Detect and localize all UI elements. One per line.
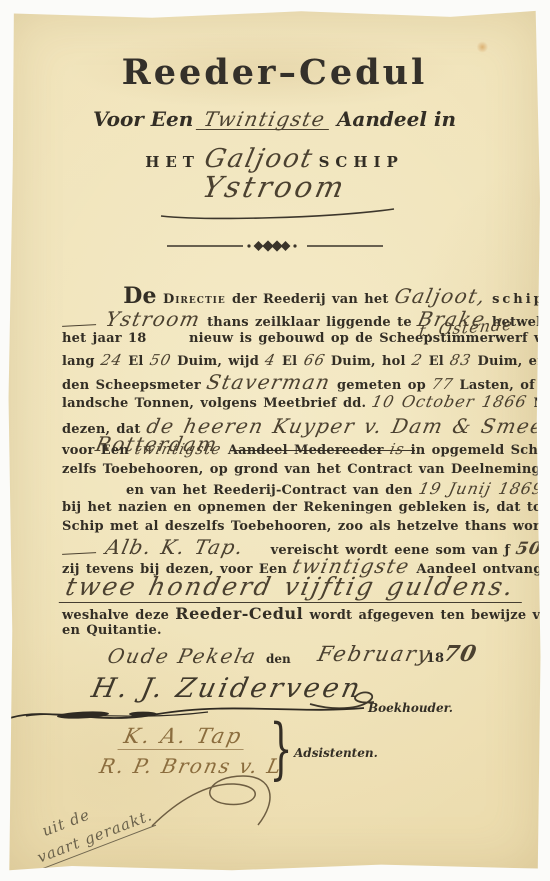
- handwritten-measure: 2: [410, 353, 424, 368]
- handwritten-ship-name: Ystroom: [104, 309, 203, 329]
- body-line-11: en van het Reederij-Contract van den 19 …: [126, 481, 550, 498]
- ship-line-schip: SCHIP: [319, 153, 404, 171]
- body-line-5: den Scheepsmeter Staverman gemeten op 77…: [62, 372, 496, 393]
- body-line-14: Alb. K. Tap. vereischt wordt eene som va…: [62, 537, 496, 558]
- body-text: voor Een: [62, 443, 129, 458]
- body-text: schip: [492, 292, 546, 307]
- body-line-4: lang 24 El 50 Duim, wijd 4 El 66 Duim, h…: [62, 353, 496, 369]
- handwritten-lasts: 77: [431, 377, 455, 392]
- body-line-10: zelfs Toebehooren, op grond van het Cont…: [62, 462, 496, 477]
- body-text: zelfs Toebehooren, op grond van het Cont…: [62, 462, 550, 477]
- document-title: Reeder–Cedul: [8, 52, 541, 93]
- body-text: El: [282, 354, 297, 369]
- pen-loops-flourish: [138, 770, 288, 830]
- handwritten-sum: 5000: [515, 541, 550, 558]
- body-text: het jaar 18: [62, 331, 146, 346]
- handwritten-contract-date: 19 Junij 1869: [417, 481, 545, 497]
- body-text: bij het nazien en opnemen der Rekeningen…: [62, 500, 550, 515]
- assistants-label: Adsistenten.: [294, 742, 378, 761]
- handwritten-ship-type: Galjoot,: [393, 286, 488, 306]
- body-text: thans zeilklaar liggende te: [207, 315, 412, 330]
- body-text: gemeten op: [337, 378, 426, 393]
- handwritten-share: twintigste: [134, 442, 224, 457]
- handwritten-surveyor: Staverman: [205, 372, 333, 392]
- body-text: lang: [62, 354, 95, 369]
- ship-name-underline-flourish: [158, 206, 398, 220]
- share-line: Voor Een Twintigste Aandeel in: [8, 107, 541, 131]
- body-text: in opgemeld Schip met al des-: [411, 443, 550, 458]
- body-text: der Reederij van het: [232, 292, 389, 307]
- handwritten-measure: 66: [302, 353, 326, 368]
- ship-name-line: Ystroom: [8, 173, 541, 202]
- handwritten-word: is: [388, 442, 406, 457]
- share-line-pre: Voor Een: [93, 107, 193, 131]
- handwritten-amount-words: twee honderd vijftig guldens.: [59, 572, 528, 603]
- body-text: den Scheepsmeter: [62, 378, 201, 393]
- handwritten-measure: 50: [148, 353, 172, 368]
- body-text: De: [123, 283, 156, 309]
- handwritten-measure: 83: [449, 353, 473, 368]
- body-text: N°: [533, 396, 550, 411]
- body-line-12: bij het nazien en opnemen der Rekeningen…: [62, 500, 496, 515]
- body-line-6: landsche Tonnen, volgens Meetbrief dd. 1…: [62, 394, 496, 411]
- body-line-1: De Directie der Reederij van het Galjoot…: [62, 286, 496, 307]
- boekhouder-label: Boekhouder.: [368, 697, 453, 716]
- ship-type-handwritten: Galjoot: [202, 146, 316, 172]
- body-text: wordt afgegeven ten bewijze van Medeëige…: [309, 608, 550, 623]
- handwritten-measure: 24: [99, 353, 123, 368]
- archival-annotation: uit de vaart geraakt.: [26, 783, 156, 870]
- body-text: Duim, hol: [331, 354, 406, 369]
- body-line-13: Schip met al deszelfs Toebehooren, zoo a…: [62, 518, 496, 534]
- handwritten-place: Oude Pekela: [106, 646, 259, 666]
- share-fraction-handwritten: Twintigste: [196, 109, 334, 130]
- handwritten-captain-name: Alb. K. Tap.: [104, 537, 246, 557]
- handwritten-measure: 4: [264, 353, 278, 368]
- body-text: Lasten, of: [459, 378, 534, 393]
- body-text: Schip met al deszelfs Toebehooren, zoo a…: [62, 519, 550, 534]
- body-text: landsche Tonnen, volgens Meetbrief dd.: [62, 396, 366, 411]
- body-text: El: [429, 354, 444, 369]
- handwritten-month: February: [316, 644, 434, 665]
- body-text: Duim, en alzoo door: [478, 354, 550, 369]
- ornamental-divider: [165, 240, 385, 252]
- assistant-signature-1: K. A. Tap: [120, 726, 246, 750]
- ship-name-handwritten: Ystroom: [200, 173, 349, 202]
- body-text-cedul: Reeder-Cedul: [175, 604, 303, 623]
- body-text: en Quitantie.: [62, 623, 162, 638]
- scanned-document: Reeder–Cedul Voor Een Twintigste Aandeel…: [0, 0, 550, 881]
- handwritten-year-70: 70: [442, 643, 479, 665]
- certificate-paper: Reeder–Cedul Voor Een Twintigste Aandeel…: [8, 10, 541, 872]
- body-line-17: weshalve deze Reeder-Cedul wordt afgegev…: [62, 604, 496, 623]
- body-line-18: en Quitantie.: [62, 623, 496, 638]
- body-line-16-amount: twee honderd vijftig guldens.: [62, 572, 496, 603]
- body-text: weshalve deze: [62, 608, 169, 623]
- printed-den: den: [266, 652, 291, 666]
- handwritten-meetbrief-date: 10 October 1866: [371, 394, 529, 410]
- body-text: en van het Reederij-Contract van den: [126, 483, 413, 498]
- body-line-9: voor Een twintigste Aandeel Medereeder i…: [62, 442, 496, 458]
- ship-type-line: HET Galjoot SCHIP: [8, 146, 541, 172]
- body-text: El: [128, 354, 143, 369]
- body-text: Directie: [163, 292, 226, 307]
- body-text: Aandeel Medereeder: [228, 443, 384, 458]
- body-text: Duim, wijd: [177, 354, 259, 369]
- share-line-post: Aandeel in: [337, 107, 456, 131]
- ship-line-het: HET: [145, 153, 200, 171]
- handwritten-tons: 144: [540, 377, 550, 392]
